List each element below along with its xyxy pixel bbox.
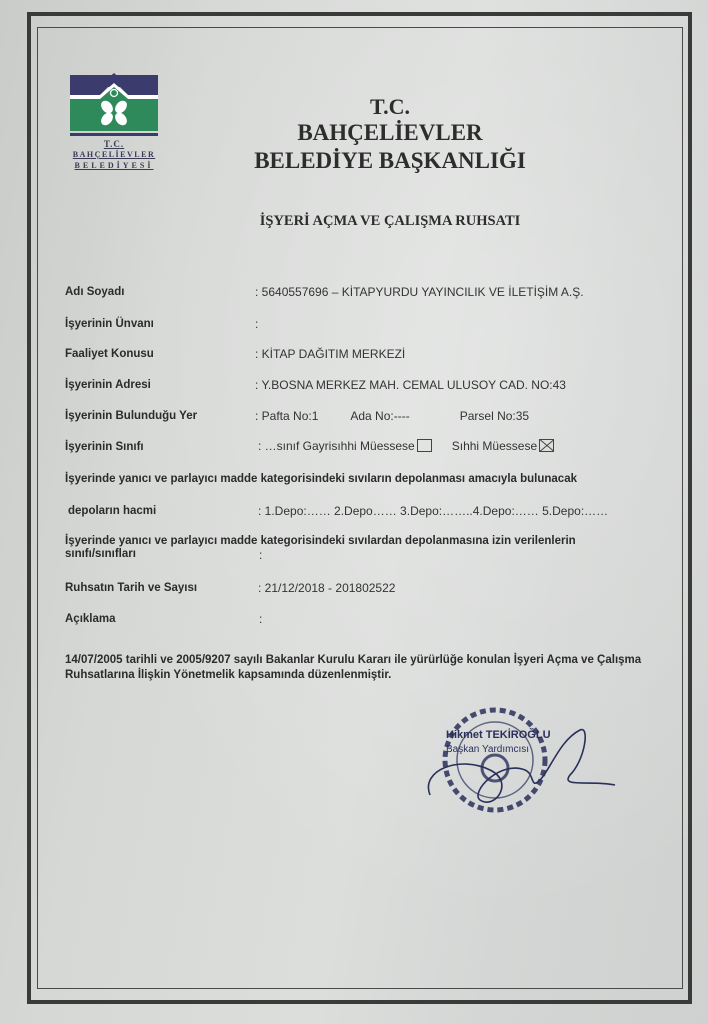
field-label-license: Ruhsatın Tarih ve Sayısı (65, 582, 197, 594)
field-label-activity: Faaliyet Konusu (65, 348, 154, 360)
header-tc: T.C. (200, 94, 580, 120)
field-label-address: İşyerinin Adresi (65, 379, 151, 391)
ada-value: Ada No:---- (350, 409, 409, 423)
field-value-note: : (259, 612, 262, 626)
unhealthy-checkbox[interactable] (417, 439, 432, 452)
field-value-activity: : KİTAP DAĞITIM MERKEZİ (255, 347, 405, 361)
field-value-trade-name: : (255, 317, 258, 331)
regulation-note: 14/07/2005 tarihli ve 2005/9207 sayılı B… (65, 653, 685, 683)
municipality-logo-icon (70, 73, 158, 175)
field-label-storage: depoların hacmi (68, 505, 156, 517)
unhealthy-label: : …sınıf Gayrisıhhi Müessese (258, 439, 415, 453)
pafta-value: : Pafta No:1 (255, 409, 318, 423)
field-label-note: Açıklama (65, 613, 116, 625)
healthy-checkbox[interactable] (539, 439, 554, 452)
healthy-label: Sıhhi Müessese (452, 439, 537, 453)
field-label-name: Adı Soyadı (65, 286, 124, 298)
header-office: BELEDİYE BAŞKANLIĞI (200, 148, 580, 174)
field-value-location: : Pafta No:1Ada No:----Parsel No:35 (255, 409, 529, 423)
field-value-name: : 5640557696 – KİTAPYURDU YAYINCILIK VE … (255, 285, 584, 299)
field-value-address: : Y.BOSNA MERKEZ MAH. CEMAL ULUSOY CAD. … (255, 378, 566, 392)
logo-line1: BAHÇELİEVLER (70, 150, 158, 159)
signatory-role: Başkan Yardımcısı (446, 744, 529, 755)
header-municipality: BAHÇELİEVLER (200, 120, 580, 146)
document-title: İŞYERİ AÇMA VE ÇALIŞMA RUHSATI (190, 213, 590, 230)
logo-tc: T.C. (70, 139, 158, 149)
field-value-class: : …sınıf Gayrisıhhi MüesseseSıhhi Müesse… (258, 439, 554, 453)
signatory-name: Hikmet TEKİROĞLU (446, 729, 551, 741)
field-label-permitted: sınıfı/sınıfları (65, 548, 136, 560)
field-value-storage: : 1.Depo:…… 2.Depo…… 3.Depo:……..4.Depo:…… (258, 504, 608, 518)
field-label-class: İşyerinin Sınıfı (65, 441, 144, 453)
storage-intro: İşyerinde yanıcı ve parlayıcı madde kate… (65, 473, 577, 485)
permitted-intro: İşyerinde yanıcı ve parlayıcı madde kate… (65, 535, 576, 547)
field-value-permitted: : (259, 548, 262, 562)
official-stamp-icon (420, 700, 630, 830)
parsel-value: Parsel No:35 (460, 409, 529, 423)
field-label-location: İşyerinin Bulunduğu Yer (65, 410, 197, 422)
logo-line2: BELEDİYESİ (70, 161, 158, 170)
field-label-trade-name: İşyerinin Ünvanı (65, 318, 154, 330)
field-value-license: : 21/12/2018 - 201802522 (258, 581, 395, 595)
